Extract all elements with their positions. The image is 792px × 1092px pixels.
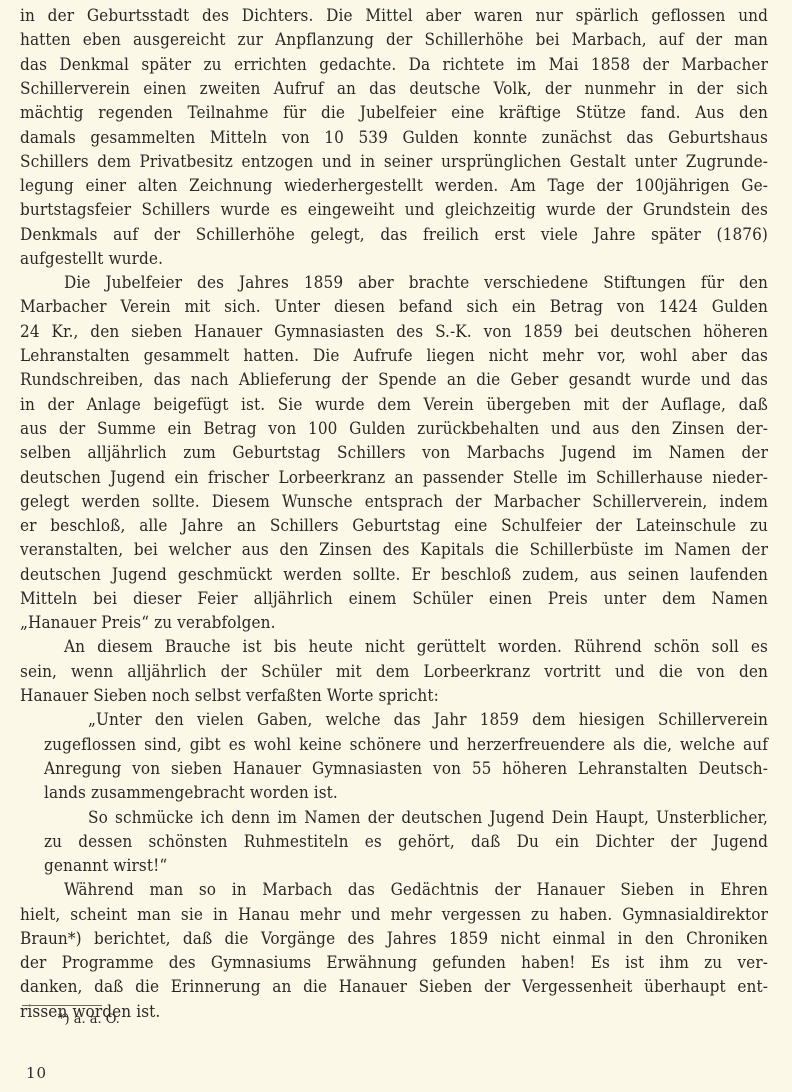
text-line: aufgestellt wurde. — [20, 248, 768, 270]
text-line: veranstalten, bei welcher aus den Zinsen… — [20, 539, 768, 561]
text-line: rissen worden ist. — [20, 1001, 768, 1023]
text-line: „Hanauer Preis“ zu verabfolgen. — [20, 612, 768, 634]
text-line: damals gesammelten Mitteln von 10 539 Gu… — [20, 127, 768, 149]
text-line: „Unter den vielen Gaben, welche das Jahr… — [88, 709, 768, 731]
text-line: Schillers dem Privatbesitz entzogen und … — [20, 151, 768, 173]
text-line: Braun*) berichtet, daß die Vorgänge des … — [20, 928, 768, 950]
text-line: aus der Summe ein Betrag von 100 Gulden … — [20, 418, 768, 440]
text-line: zugeflossen sind, gibt es wohl keine sch… — [44, 734, 768, 756]
text-line: sein, wenn alljährlich der Schüler mit d… — [20, 661, 768, 683]
text-line: So schmücke ich denn im Namen der deutsc… — [88, 807, 768, 829]
text-line: genannt wirst!“ — [44, 855, 768, 877]
text-line: mächtig regenden Teilnahme für die Jubel… — [20, 102, 768, 124]
footnote-rule — [22, 1005, 102, 1006]
text-line: Denkmals auf der Schillerhöhe gelegt, da… — [20, 224, 768, 246]
text-line: in der Anlage beigefügt ist. Sie wurde d… — [20, 394, 768, 416]
text-line: gelegt werden sollte. Diesem Wunsche ent… — [20, 491, 768, 513]
footnote: *) a. a. O. — [58, 1011, 120, 1029]
text-line: selben alljährlich zum Geburtstag Schill… — [20, 442, 768, 464]
text-line: zu dessen schönsten Ruhmestiteln es gehö… — [44, 831, 768, 853]
text-line: Schillerverein einen zweiten Aufruf an d… — [20, 78, 768, 100]
text-line: danken, daß die Erinnerung an die Hanaue… — [20, 976, 768, 998]
page-number: 10 — [26, 1064, 47, 1082]
text-line: hielt, scheint man sie in Hanau mehr und… — [20, 904, 768, 926]
text-line: Marbacher Verein mit sich. Unter diesen … — [20, 296, 768, 318]
text-line: hatten eben ausgereicht zur Anpflanzung … — [20, 29, 768, 51]
text-line: Hanauer Sieben noch selbst verfaßten Wor… — [20, 685, 768, 707]
text-line: der Programme des Gymnasiums Erwähnung g… — [20, 952, 768, 974]
text-line: Mitteln bei dieser Feier alljährlich ein… — [20, 588, 768, 610]
text-line: burtstagsfeier Schillers wurde es eingew… — [20, 199, 768, 221]
text-line: An diesem Brauche ist bis heute nicht ge… — [64, 636, 768, 658]
text-line: Anregung von sieben Hanauer Gymnasiasten… — [44, 758, 768, 780]
text-line: deutschen Jugend ein frischer Lorbeerkra… — [20, 467, 768, 489]
text-line: er beschloß, alle Jahre an Schillers Geb… — [20, 515, 768, 537]
text-line: legung einer alten Zeichnung wiederherge… — [20, 175, 768, 197]
text-line: Rundschreiben, das nach Ablieferung der … — [20, 369, 768, 391]
text-line: Lehranstalten gesammelt hatten. Die Aufr… — [20, 345, 768, 367]
text-line: Die Jubelfeier des Jahres 1859 aber brac… — [64, 272, 768, 294]
document-page: in der Geburtsstadt des Dichters. Die Mi… — [0, 0, 792, 1092]
text-line: deutschen Jugend geschmückt werden sollt… — [20, 564, 768, 586]
text-line: 24 Kr., den sieben Hanauer Gymnasiasten … — [20, 321, 768, 343]
text-line: in der Geburtsstadt des Dichters. Die Mi… — [20, 5, 768, 27]
text-line: lands zusammengebracht worden ist. — [44, 782, 768, 804]
text-line: das Denkmal später zu errichten gedachte… — [20, 54, 768, 76]
text-line: Während man so in Marbach das Gedächtnis… — [64, 879, 768, 901]
